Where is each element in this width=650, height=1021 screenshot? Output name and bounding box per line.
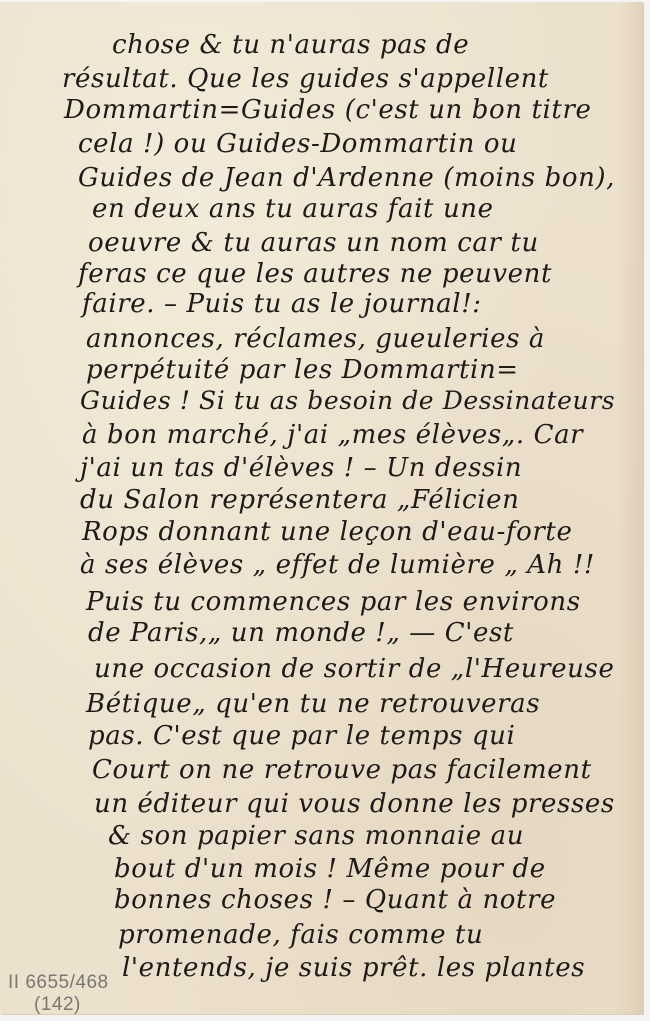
manuscript-line: oeuvre & tu auras un nom car tu: [88, 230, 539, 256]
manuscript-line: bonnes choses ! – Quant à notre: [114, 887, 556, 913]
manuscript-line: du Salon représentera „Félicien: [80, 487, 519, 513]
manuscript-line: pas. C'est que par le temps qui: [88, 723, 515, 749]
manuscript-line: une occasion de sortir de „l'Heureuse: [94, 656, 614, 682]
manuscript-line: en deux ans tu auras fait une: [92, 196, 494, 222]
manuscript-line: un éditeur qui vous donne les presses: [94, 791, 615, 817]
catalog-mark: II 6655/468 (142): [8, 972, 109, 1016]
manuscript-line: Rops donnant une leçon d'eau-forte: [82, 519, 572, 545]
manuscript-line: & son papier sans monnaie au: [108, 823, 524, 849]
manuscript-line: résultat. Que les guides s'appellent: [62, 66, 549, 92]
manuscript-line: chose & tu n'auras pas de: [112, 32, 469, 58]
catalog-number: II 6655/468: [8, 972, 109, 993]
manuscript-line: annonces, réclames, gueuleries à: [86, 326, 545, 352]
manuscript-line: Guides de Jean d'Ardenne (moins bon),: [78, 165, 615, 191]
manuscript-line: feras ce que les autres ne peuvent: [78, 261, 552, 287]
manuscript-line: bout d'un mois ! Même pour de: [114, 856, 546, 882]
manuscript-line: l'entends, je suis prêt. les plantes: [122, 955, 585, 981]
manuscript-line: Puis tu commences par les environs: [86, 589, 581, 615]
manuscript-line: Dommartin=Guides (c'est un bon titre: [64, 97, 591, 123]
manuscript-line: faire. – Puis tu as le journal!:: [82, 291, 482, 317]
manuscript-line: cela !) ou Guides-Dommartin ou: [78, 131, 517, 157]
manuscript-line: j'ai un tas d'élèves ! – Un dessin: [80, 455, 522, 481]
manuscript-line: Bétique„ qu'en tu ne retrouveras: [86, 691, 540, 717]
manuscript-line: à ses élèves „ effet de lumière „ Ah !!: [80, 552, 595, 578]
manuscript-page: chose & tu n'auras pas derésultat. Que l…: [0, 2, 643, 1014]
catalog-folio: (142): [8, 994, 109, 1016]
manuscript-line: Court on ne retrouve pas facilement: [92, 757, 592, 783]
manuscript-line: perpétuité par les Dommartin=: [86, 357, 519, 383]
manuscript-line: promenade, fais comme tu: [118, 922, 483, 948]
manuscript-line: Guides ! Si tu as besoin de Dessinateurs: [80, 388, 615, 413]
manuscript-line: de Paris,„ un monde !„ — C'est: [88, 620, 514, 646]
manuscript-line: à bon marché, j'ai „mes élèves„. Car: [82, 422, 583, 448]
